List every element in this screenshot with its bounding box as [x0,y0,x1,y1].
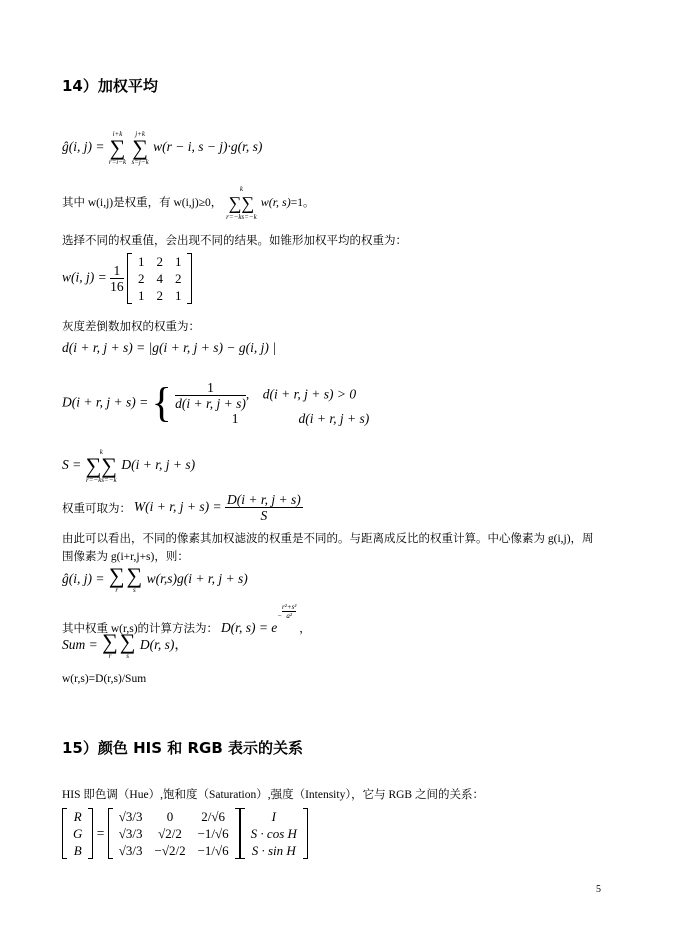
sum-symbol: ∑r [102,632,118,660]
eq-lhs: D(i + r, j + s) = [62,395,148,410]
condition: d(i + r, j + s) > 0 [263,387,356,402]
page-number: 5 [596,884,601,895]
paragraph-conclusion-line1: 由此可以看出，不同的像素其加权滤波的权重是不同的。与距离成反比的权重计算。中心像… [62,530,594,546]
eq-lhs: Sum = [62,637,98,652]
eq-lhs: w(i, j) = [62,270,107,285]
equation-g-hat: ĝ(i, j) = ∑r∑s w(r,s)g(i + r, j + s) [62,566,248,594]
section-heading-14: 14）加权平均 [62,75,158,96]
section-heading-15: 15）颜色 HIS 和 RGB 表示的关系 [62,737,303,758]
fraction: 116 [110,263,124,294]
fraction: D(i + r, j + s)S [225,492,303,523]
sum-symbol: k∑∑r=−ks=−k [226,185,257,221]
equation-his-rgb: R G B = √3/302/√6 √3/3√2/2−1/√6 √3/3−√2/… [62,808,308,859]
eq-lhs: W(i + r, j + s) = [134,499,222,514]
equation-cone-weights: w(i, j) = 116 121 242 121 [62,253,192,304]
condition: d(i + r, j + s) [299,411,370,426]
paragraph-weight-choice: 权重可取为： W(i + r, j + s) = D(i + r, j + s)… [62,492,303,523]
transform-matrix: √3/302/√6 √3/3√2/2−1/√6 √3/3−√2/2−1/√6 [108,808,240,859]
eq-rhs: w(r − i, s − j)·g(r, s) [153,139,262,154]
exponent: −r²+s²a² [277,603,296,620]
text: 其中 w(i,j)是权重，有 w(i,j)≥0， [62,197,222,209]
equation-sum: Sum = ∑r∑s D(r, s)， [62,632,188,660]
paragraph-choose-weights: 选择不同的权重值，会出现不同的结果。如锥形加权平均的权重为： [62,232,407,248]
sum-symbol: i+k∑r=i−k [109,130,126,166]
paragraph-w-formula: w(r,s)=D(r,s)/Sum [62,673,146,685]
paragraph-conclusion-line2: 围像素为 g(i+r,j+s)，则： [62,548,189,564]
eq-lhs: ĝ(i, j) = [62,571,104,586]
eq-lhs: ĝ(i, j) = [62,139,104,154]
text: 权重可取为： [62,503,131,515]
eq-rhs: w(r,s)g(i + r, j + s) [147,571,248,586]
paragraph-gray-diff: 灰度差倒数加权的权重为： [62,318,200,334]
eq-rhs: D(i + r, j + s) [121,457,195,472]
equation-D-piecewise: D(i + r, j + s) = { 1d(i + r, j + s), d(… [62,380,369,427]
equation-weighted-average: ĝ(i, j) = i+k∑r=i−k j+k∑s=j−k w(r − i, s… [62,130,262,166]
weight-matrix: 121 242 121 [127,253,193,304]
sum-symbol: ∑s [120,632,136,660]
eq-rhs: D(r, s) [140,637,175,652]
sum-symbol: ∑s [127,566,143,594]
equation-d: d(i + r, j + s) = |g(i + r, j + s) − g(i… [62,340,276,356]
sum-symbol: k∑∑r=−ks=−k [86,448,117,484]
fraction: 1d(i + r, j + s) [175,380,246,411]
his-vector: I S · cos H S · sin H [240,808,308,859]
eq-lhs: S = [62,457,81,472]
paragraph-weight-condition: 其中 w(i,j)是权重，有 w(i,j)≥0， k∑∑r=−ks=−k w(r… [62,185,314,221]
rgb-vector: R G B [62,808,93,859]
eq-lhs: D(r, s) = e [221,620,277,635]
equation-S: S = k∑∑r=−ks=−k D(i + r, j + s) [62,448,195,484]
eq-rhs: w(r, s) [261,195,291,209]
value: 1 [175,411,295,427]
paragraph-his-intro: HIS 即色调（Hue）,饱和度（Saturation）,强度（Intensit… [62,786,484,802]
sum-symbol: ∑r [109,566,125,594]
text: =1。 [291,197,315,209]
text: ， [299,623,311,635]
sum-symbol: j+k∑s=j−k [131,130,148,166]
